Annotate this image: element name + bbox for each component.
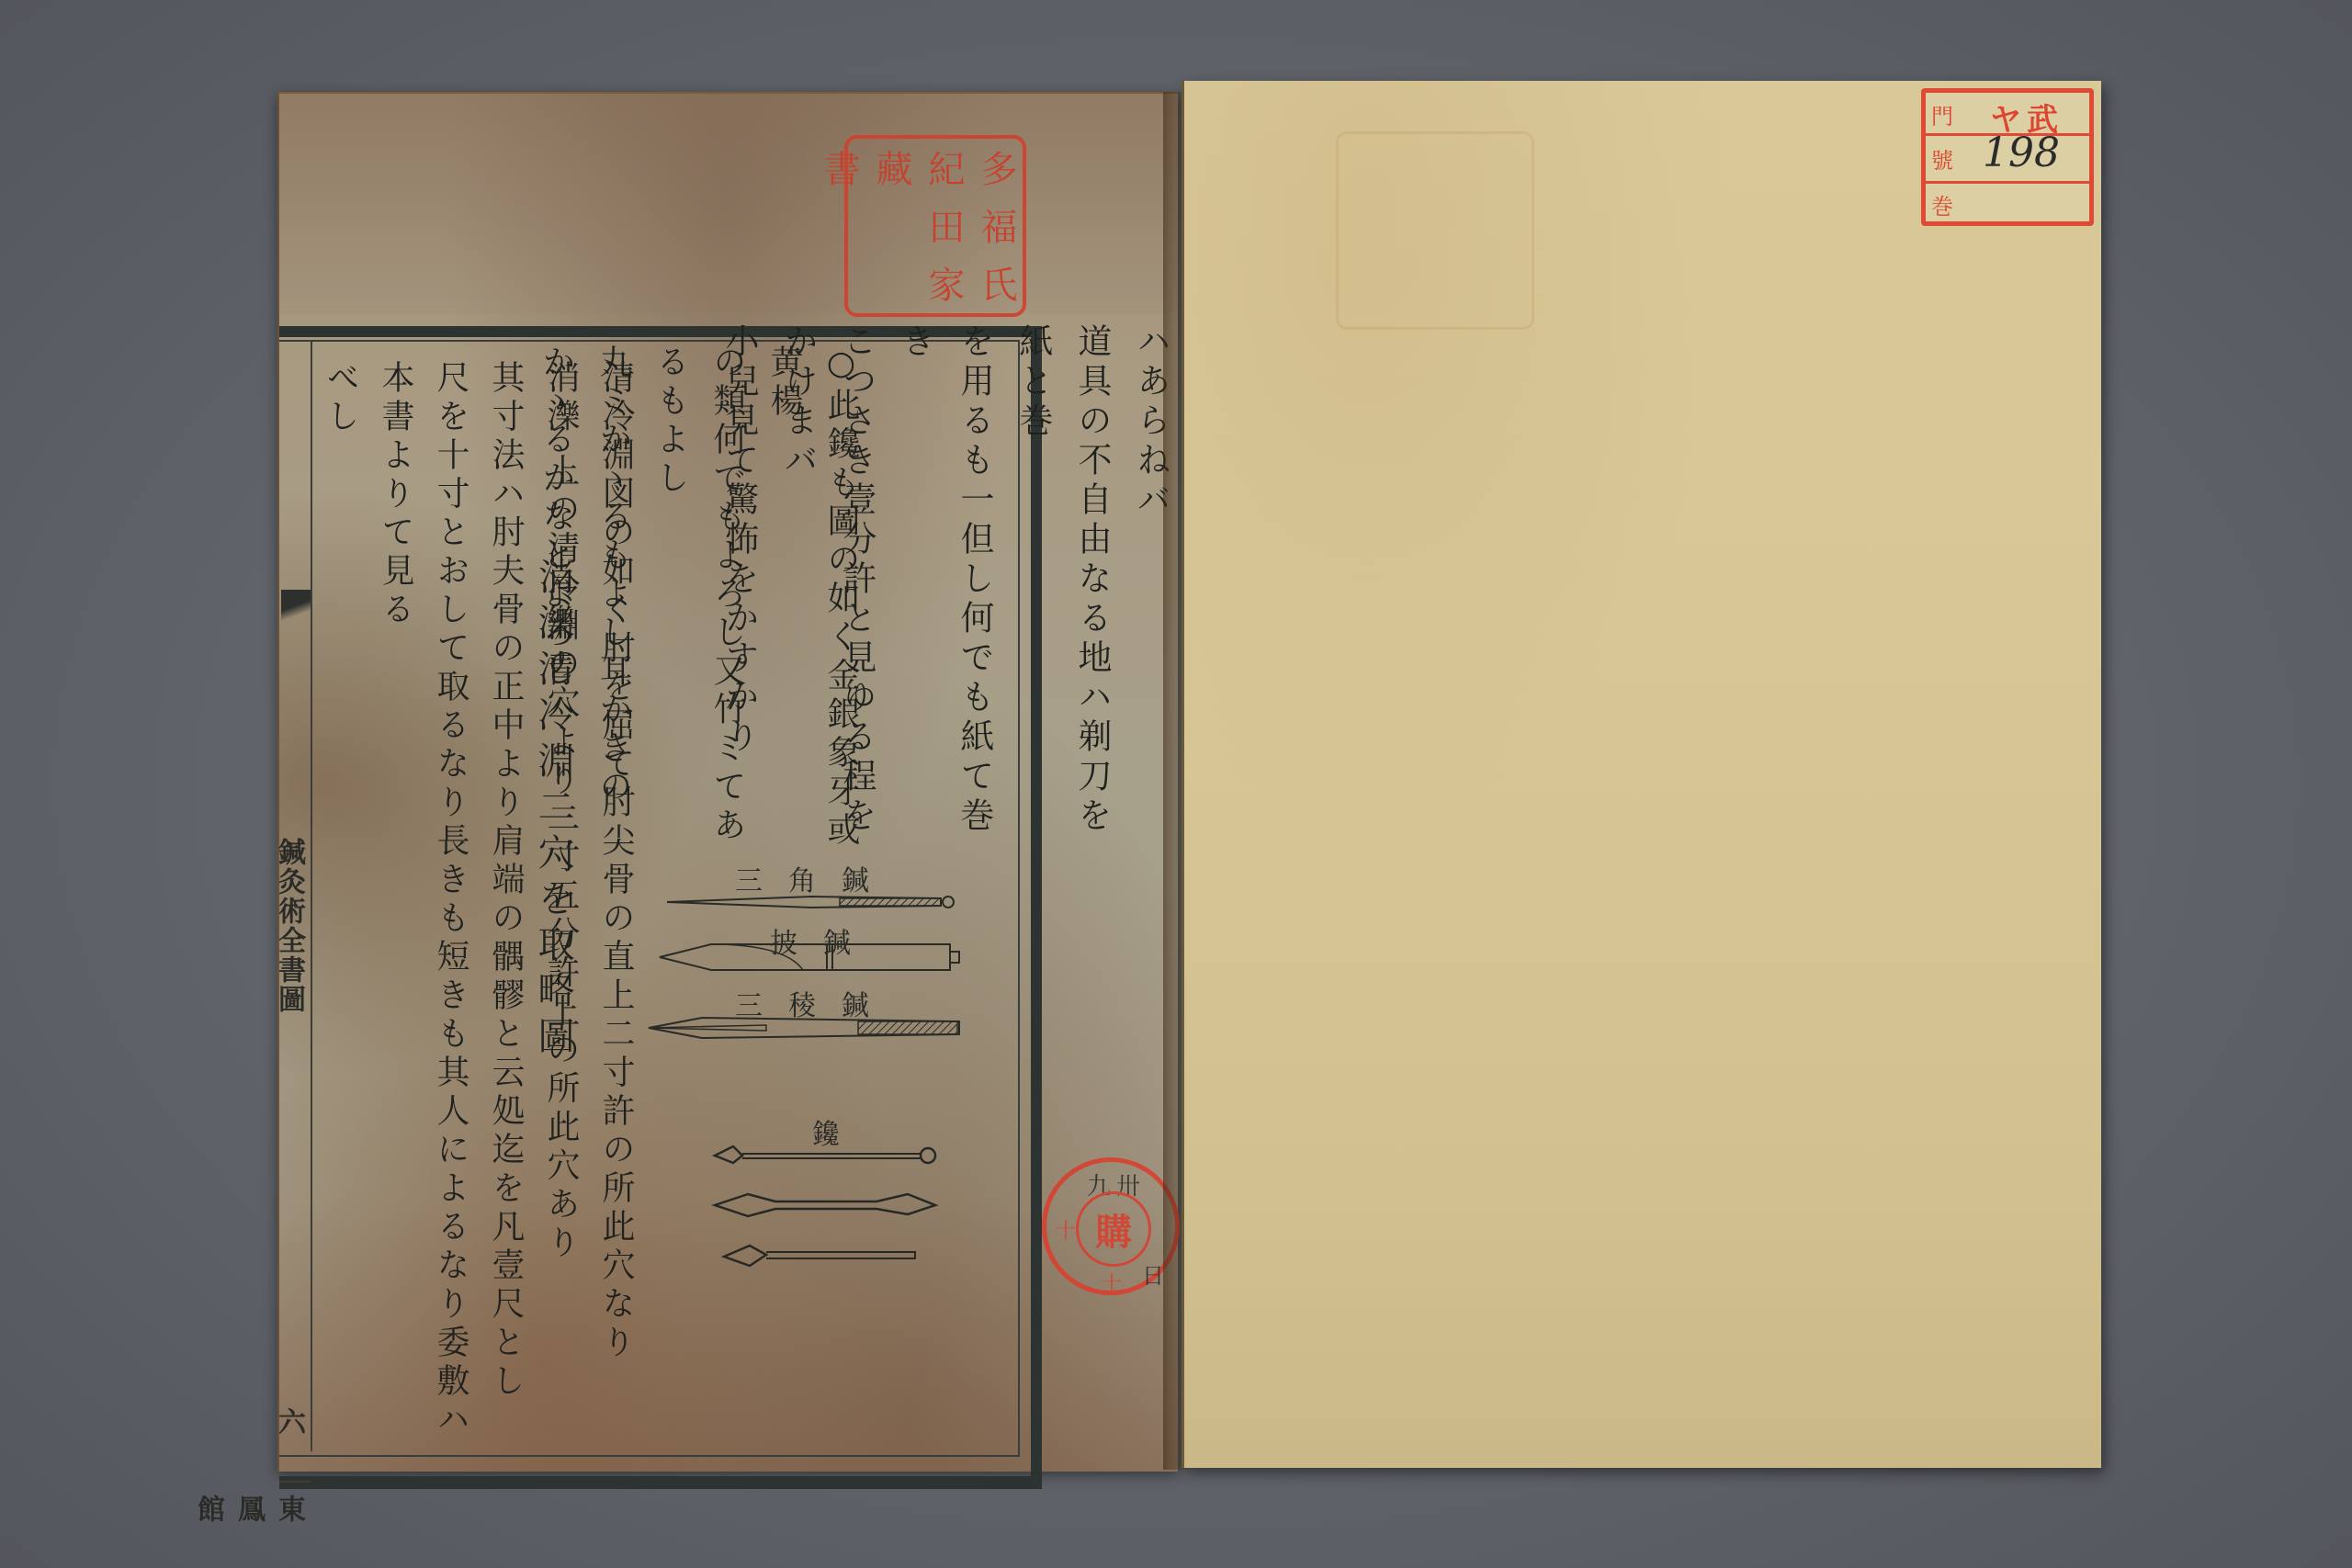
margin-column: 鍼灸術全書圖 六 東鳳館: [279, 342, 312, 1451]
seal-center: 購: [1076, 1191, 1151, 1267]
margin-divider: [279, 1481, 311, 1483]
seal-char: 藏書: [813, 139, 918, 197]
text-column: の類何でもよろし又竹ミてあるもよし: [651, 344, 746, 846]
spoon-tools-icon: [711, 1141, 950, 1288]
text-column: 其寸法ハ肘夫骨の正中より肩端の髃髎と云処迄を凡壹尺とし: [487, 360, 525, 1402]
square-collector-seal: 多紀 福田 氏家 藏書: [844, 135, 1026, 317]
stained-top-margin: [279, 94, 1178, 314]
text-column: ○此鑱も圖の如く金銀象牙或黄楊: [765, 344, 860, 851]
margin-book-title: 鍼灸術全書圖: [281, 838, 309, 1014]
text-block-points: 清冷淵図の如く肘を屈て肘尖骨の直上二寸許の所此穴なり 消濼 上の清冷淵の穴より二…: [312, 360, 643, 1444]
stamp-label-volume: 巻: [1931, 188, 1953, 220]
seal-mark: 十: [1056, 1215, 1076, 1244]
seal-char: 氏家: [918, 255, 1023, 313]
seal-center-char: 購: [1095, 1203, 1132, 1256]
stamp-label-number: 號: [1931, 142, 1953, 175]
left-page: 鍼灸術全書圖 六 東鳳館 ○此刀ハ圖の如く何ゆてもうつき先の尖りて 平みあるもの…: [277, 92, 1178, 1472]
text-column: 消濼 上の清冷淵の穴より二寸五分許上の所此穴あり: [542, 360, 580, 1263]
text-column: を用るも一但し何でも紙て巻き: [896, 323, 994, 837]
text-column: べし: [322, 360, 359, 437]
library-call-number-stamp: 門 ヤ武 號 198 巻: [1921, 88, 2094, 226]
margin-volume-number: 六: [281, 1407, 309, 1435]
lancet-needle-icon: [656, 939, 968, 976]
stamp-value-number: 198: [1983, 130, 2060, 176]
seal-char: 多紀: [918, 139, 1023, 197]
seal-char: 福田: [918, 197, 1023, 254]
seal-date-side: 日: [1142, 1258, 1164, 1290]
round-acquisition-seal: 九卅 購 十 十 日: [1042, 1157, 1180, 1295]
offset-seal-ghost: [1336, 131, 1534, 330]
triangular-needle-icon: [647, 1014, 968, 1042]
stamp-label-section: 門: [1931, 98, 1953, 130]
right-page-endpaper: 門 ヤ武 號 198 巻: [1182, 81, 2101, 1468]
text-column: 尺を十寸とおして取るなり長きも短きも其人によるなり委敷ハ本書よりて見る: [377, 360, 469, 1440]
text-column: 道具の不自由なる地ハ剃刀を紙と巻: [1013, 323, 1112, 837]
seal-mark: 十: [1102, 1269, 1122, 1297]
text-column: 清冷淵図の如く肘を屈て肘尖骨の直上二寸許の所此穴なり: [597, 360, 635, 1363]
stamp-row-number: 號 198: [1926, 133, 2089, 184]
three-edged-needle-icon: [665, 891, 959, 913]
fishtail-mark-icon: [281, 590, 311, 632]
margin-publisher: 東鳳館: [281, 1495, 309, 1535]
